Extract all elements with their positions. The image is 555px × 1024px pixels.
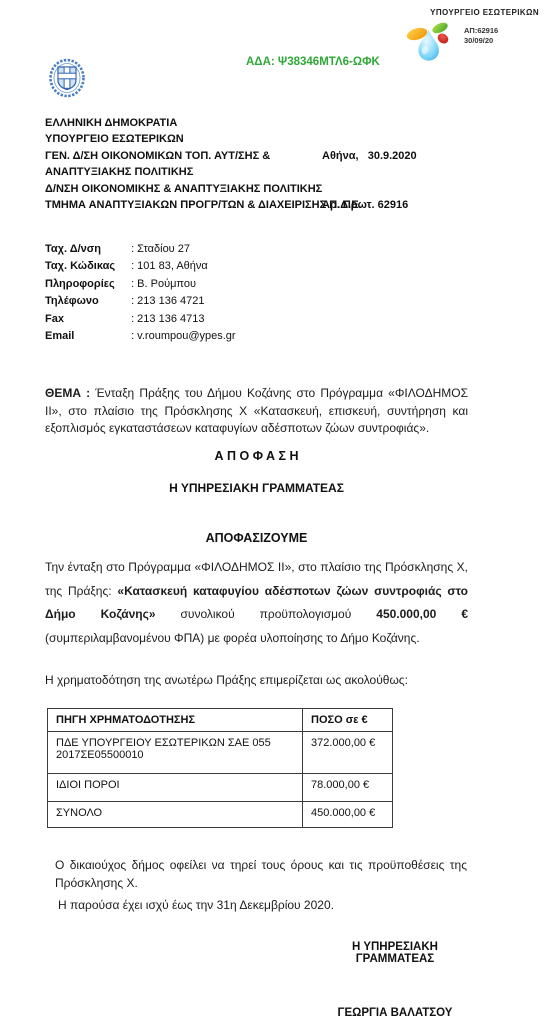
stamp-date: 30/09/20 bbox=[464, 36, 498, 46]
validity-paragraph: Η παρούσα έχει ισχύ έως την 31η Δεκεμβρί… bbox=[58, 898, 334, 912]
cell-amount: 78.000,00 € bbox=[303, 774, 393, 802]
cell-source: ΙΔΙΟΙ ΠΟΡΟΙ bbox=[48, 774, 303, 802]
decision-text: συνολικού προϋπολογισμού bbox=[156, 607, 377, 621]
contact-label: Fax bbox=[45, 311, 128, 328]
sender-line: ΤΜΗΜΑ ΑΝΑΠΤΥΞΙΑΚΩΝ ΠΡΟΓΡ/ΤΩΝ & ΔΙΑΧΕΙΡΙΣ… bbox=[45, 197, 362, 213]
diavgeia-logo-icon bbox=[405, 21, 457, 65]
protocol-number: Αρ. Πρωτ. 62916 bbox=[322, 197, 417, 213]
obligation-paragraph: Ο δικαιούχος δήμος οφείλει να τηρεί τους… bbox=[55, 857, 467, 892]
sender-line: ΓΕΝ. Δ/ΣΗ ΟΙΚΟΝΟΜΙΚΩΝ ΤΟΠ. ΑΥΤ/ΣΗΣ & bbox=[45, 148, 362, 164]
signature-name: ΓΕΩΡΓΙΑ ΒΑΛΑΤΣΟΥ bbox=[313, 1007, 477, 1019]
ada-label: ΑΔΑ: bbox=[246, 56, 275, 68]
subject-paragraph: ΘΕΜΑ : Ένταξη Πράξης του Δήμου Κοζάνης σ… bbox=[45, 385, 468, 438]
decision-text: (συμπεριλαμβανομένου ΦΠΑ) με φορέα υλοπο… bbox=[45, 631, 420, 645]
contact-label: Ταχ. Δ/νση bbox=[45, 241, 128, 258]
date-protocol-block: Αθήνα, 30.9.2020 Αρ. Πρωτ. 62916 bbox=[322, 115, 417, 230]
contact-value: : Β. Ρούμπου bbox=[131, 278, 196, 290]
decision-budget: 450.000,00 € bbox=[376, 607, 468, 621]
contact-value: : 213 136 4713 bbox=[131, 313, 204, 325]
funding-table: ΠΗΓΗ ΧΡΗΜΑΤΟΔΟΤΗΣΗΣ ΠΟΣΟ σε € ΠΔΕ ΥΠΟΥΡΓ… bbox=[47, 708, 393, 828]
signature-title: Η ΥΠΗΡΕΣΙΑΚΗ ΓΡΑΜΜΑΤΕΑΣ bbox=[313, 941, 477, 965]
greek-emblem-icon bbox=[46, 55, 88, 103]
cell-amount: 450.000,00 € bbox=[303, 802, 393, 828]
decide-heading: ΑΠΟΦΑΣΙΖΟΥΜΕ bbox=[45, 531, 468, 545]
contact-label: Email bbox=[45, 328, 128, 345]
sender-line: ΕΛΛΗΝΙΚΗ ΔΗΜΟΚΡΑΤΙΑ bbox=[45, 115, 362, 131]
contact-row: Τηλέφωνο : 213 136 4721 bbox=[45, 293, 236, 310]
table-row: ΠΔΕ ΥΠΟΥΡΓΕΙΟΥ ΕΣΩΤΕΡΙΚΩΝ ΣΑΕ 055 2017ΣΕ… bbox=[48, 732, 393, 774]
contact-row: Fax : 213 136 4713 bbox=[45, 311, 236, 328]
ada-value: Ψ38346ΜΤΛ6-ΩΦΚ bbox=[278, 56, 380, 68]
contact-value: : 213 136 4721 bbox=[131, 295, 204, 307]
decision-heading: Α Π Ο Φ Α Σ Η bbox=[45, 449, 468, 463]
ada-code: ΑΔΑ: Ψ38346ΜΤΛ6-ΩΦΚ bbox=[246, 56, 380, 68]
sender-block: ΕΛΛΗΝΙΚΗ ΔΗΜΟΚΡΑΤΙΑ ΥΠΟΥΡΓΕΙΟ ΕΣΩΤΕΡΙΚΩΝ… bbox=[45, 115, 362, 213]
contact-row: Ταχ. Κώδικας : 101 83, Αθήνα bbox=[45, 258, 236, 275]
contact-row: Πληροφορίες : Β. Ρούμπου bbox=[45, 276, 236, 293]
table-row-total: ΣΥΝΟΛΟ 450.000,00 € bbox=[48, 802, 393, 828]
table-row: ΙΔΙΟΙ ΠΟΡΟΙ 78.000,00 € bbox=[48, 774, 393, 802]
contact-label: Τηλέφωνο bbox=[45, 293, 128, 310]
subject-label: ΘΕΜΑ : bbox=[45, 386, 90, 400]
ministry-stamp-label: ΥΠΟΥΡΓΕΙΟ ΕΣΩΤΕΡΙΚΩΝ bbox=[430, 8, 539, 17]
sender-line: Δ/ΝΣΗ ΟΙΚΟΝΟΜΙΚΗΣ & ΑΝΑΠΤΥΞΙΑΚΗΣ ΠΟΛΙΤΙΚ… bbox=[45, 181, 362, 197]
subject-text: Ένταξη Πράξης του Δήμου Κοζάνης στο Πρόγ… bbox=[45, 386, 468, 435]
contact-block: Ταχ. Δ/νση : Σταδίου 27 Ταχ. Κώδικας : 1… bbox=[45, 241, 236, 345]
contact-row: Email : v.roumpou@ypes.gr bbox=[45, 328, 236, 345]
stamp-meta: ΑΠ:62916 30/09/20 bbox=[464, 26, 498, 46]
contact-value: : Σταδίου 27 bbox=[131, 243, 190, 255]
city-date: Αθήνα, 30.9.2020 bbox=[322, 148, 417, 164]
contact-row: Ταχ. Δ/νση : Σταδίου 27 bbox=[45, 241, 236, 258]
cell-source: ΠΔΕ ΥΠΟΥΡΓΕΙΟΥ ΕΣΩΤΕΡΙΚΩΝ ΣΑΕ 055 2017ΣΕ… bbox=[48, 732, 303, 774]
signature-block: Η ΥΠΗΡΕΣΙΑΚΗ ΓΡΑΜΜΑΤΕΑΣ ΓΕΩΡΓΙΑ ΒΑΛΑΤΣΟΥ bbox=[313, 941, 477, 1019]
cell-source: ΣΥΝΟΛΟ bbox=[48, 802, 303, 828]
sender-line: ΑΝΑΠΤΥΞΙΑΚΗΣ ΠΟΛΙΤΙΚΗΣ bbox=[45, 164, 362, 180]
contact-value: : 101 83, Αθήνα bbox=[131, 260, 208, 272]
contact-label: Πληροφορίες bbox=[45, 276, 128, 293]
sender-line: ΥΠΟΥΡΓΕΙΟ ΕΣΩΤΕΡΙΚΩΝ bbox=[45, 131, 362, 147]
decision-paragraph: Την ένταξη στο Πρόγραμμα «ΦΙΛΟΔΗΜΟΣ ΙΙ»,… bbox=[45, 556, 468, 650]
contact-label: Ταχ. Κώδικας bbox=[45, 258, 128, 275]
secretary-heading: Η ΥΠΗΡΕΣΙΑΚΗ ΓΡΑΜΜΑΤΕΑΣ bbox=[45, 481, 468, 495]
table-header-amount: ΠΟΣΟ σε € bbox=[303, 709, 393, 732]
table-header-source: ΠΗΓΗ ΧΡΗΜΑΤΟΔΟΤΗΣΗΣ bbox=[48, 709, 303, 732]
contact-value: : v.roumpou@ypes.gr bbox=[131, 330, 236, 342]
cell-amount: 372.000,00 € bbox=[303, 732, 393, 774]
stamp-protocol: ΑΠ:62916 bbox=[464, 26, 498, 36]
funding-intro: Η χρηματοδότηση της ανωτέρω Πράξης επιμε… bbox=[45, 673, 468, 687]
table-header-row: ΠΗΓΗ ΧΡΗΜΑΤΟΔΟΤΗΣΗΣ ΠΟΣΟ σε € bbox=[48, 709, 393, 732]
document-page: { "stamp": { "ministry": "ΥΠΟΥΡΓΕΙΟ ΕΣΩΤ… bbox=[0, 0, 555, 1024]
